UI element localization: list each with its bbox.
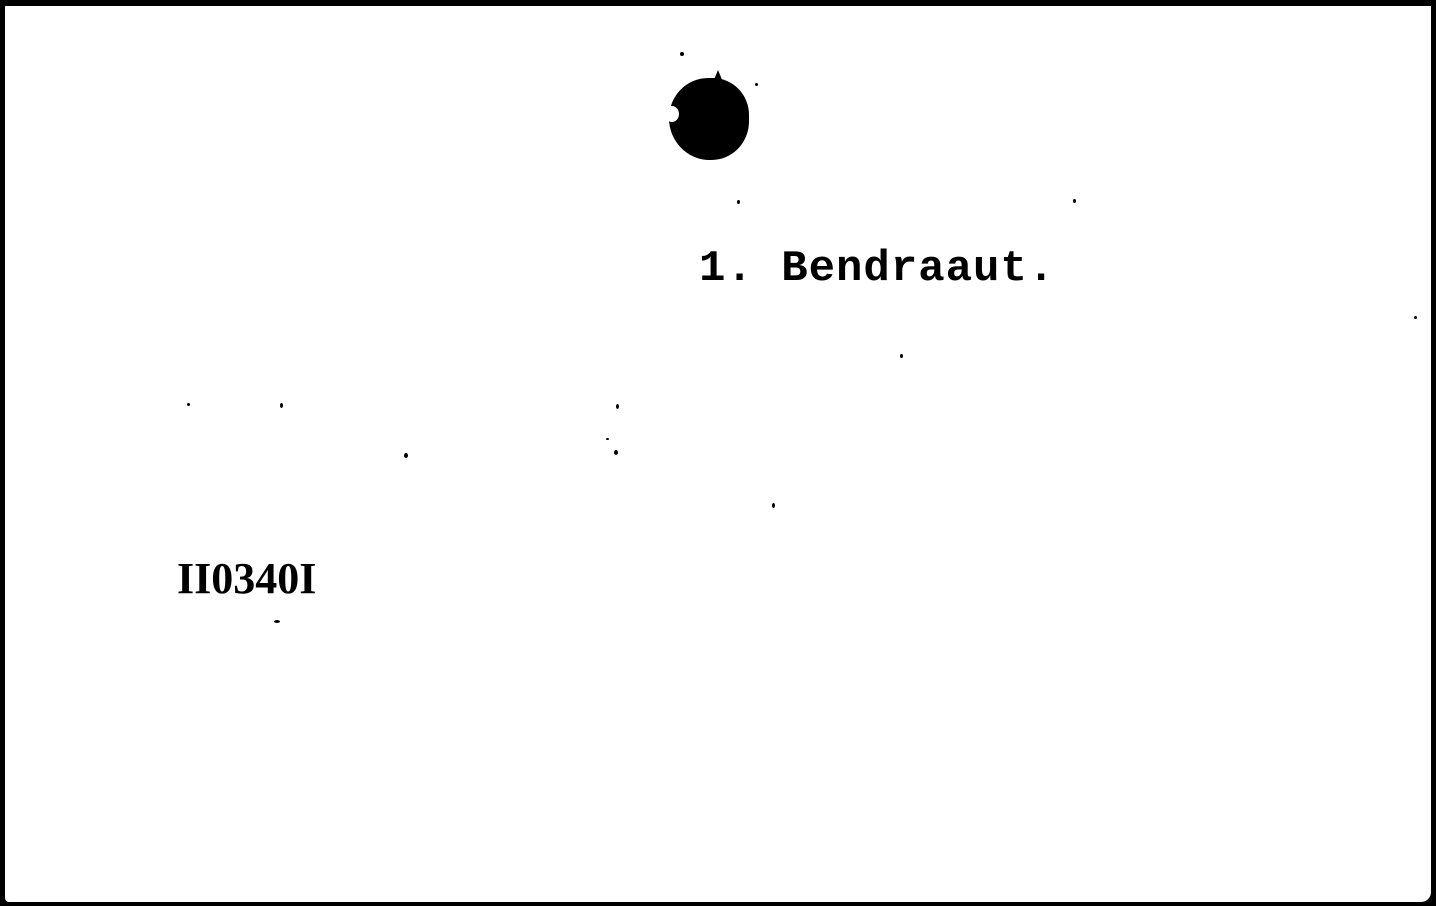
- index-card: 1. Bendraaut. II0340I: [5, 6, 1431, 902]
- scan-speck: [737, 200, 740, 204]
- scan-speck: [404, 453, 408, 458]
- scan-speck: [187, 403, 190, 406]
- scan-speck: [616, 404, 619, 409]
- scan-speck: [606, 438, 609, 440]
- scan-speck: [280, 403, 283, 408]
- scan-speck: [1414, 316, 1417, 319]
- scan-speck: [614, 450, 618, 455]
- scan-speck: [900, 354, 903, 358]
- scan-speck: [755, 83, 758, 86]
- scan-speck: [1073, 199, 1076, 203]
- punch-hole-icon: [669, 78, 749, 160]
- scan-speck: [680, 52, 684, 56]
- card-heading: 1. Bendraaut.: [699, 244, 1055, 294]
- scan-speck: [772, 503, 775, 508]
- card-number: II0340I: [177, 553, 316, 604]
- scan-speck: [274, 620, 280, 623]
